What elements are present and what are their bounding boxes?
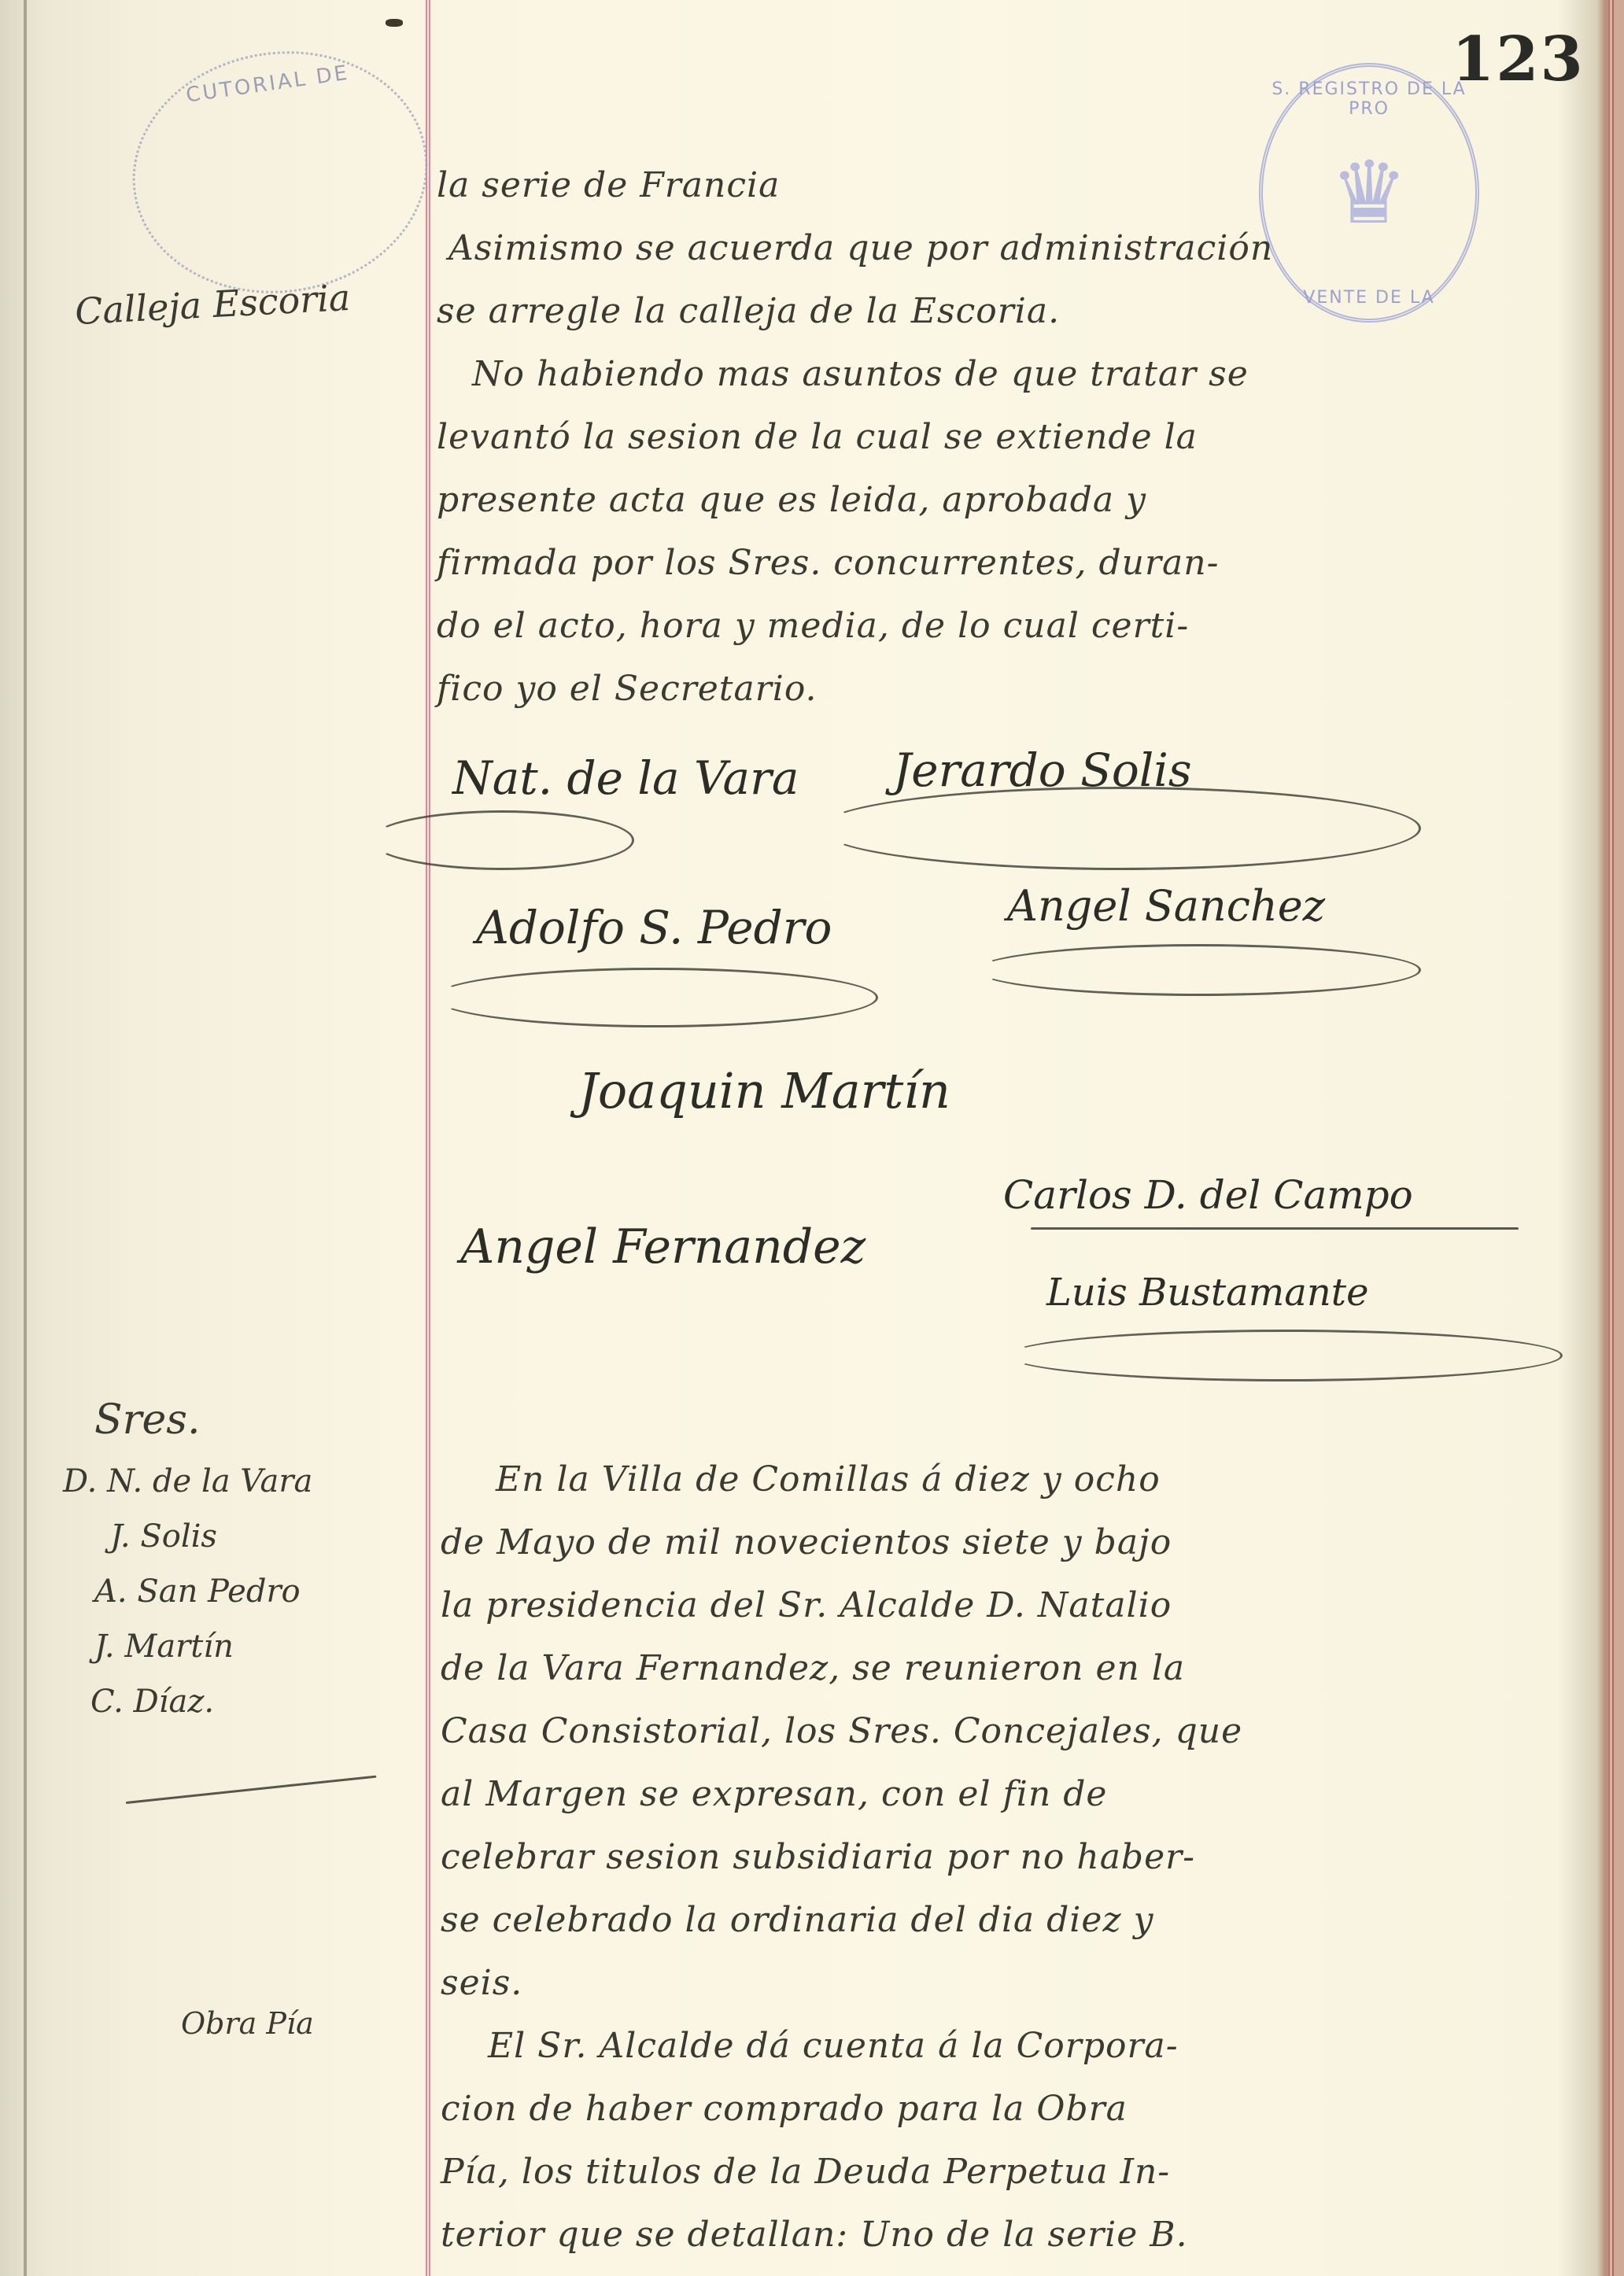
body-line: Pía, los titulos de la Deuda Perpetua In… bbox=[441, 2152, 1170, 2192]
body-line: la serie de Francia bbox=[437, 165, 780, 205]
margin-attendee: A. San Pedro bbox=[94, 1573, 301, 1610]
margin-attendee: J. Solis bbox=[110, 1518, 217, 1555]
body-line: presente acta que es leida, aprobada y bbox=[437, 480, 1146, 520]
body-line: de Mayo de mil novecientos siete y bajo bbox=[441, 1522, 1172, 1562]
body-line: se arregle la calleja de la Escoria. bbox=[437, 291, 1060, 331]
body-line: do el acto, hora y media, de lo cual cer… bbox=[437, 606, 1189, 646]
margin-attendees-header: Sres. bbox=[94, 1396, 200, 1444]
signature-martin: Joaquin Martín bbox=[578, 1062, 950, 1120]
body-line: En la Villa de Comillas á diez y ocho bbox=[496, 1459, 1161, 1500]
margin-note-obra-pia: Obra Pía bbox=[181, 2006, 314, 2041]
body-line: al Margen se expresan, con el fin de bbox=[441, 1774, 1107, 1814]
margin-rule-line bbox=[426, 0, 430, 2276]
signature-flourish bbox=[370, 810, 634, 870]
signature-fernandez: Angel Fernandez bbox=[460, 1219, 866, 1274]
municipal-stamp-left: CUTORIAL DE bbox=[117, 32, 444, 312]
body-line: terior que se detallan: Uno de la serie … bbox=[441, 2215, 1188, 2255]
body-line: cion de haber comprado para la Obra bbox=[441, 2089, 1128, 2129]
body-line: El Sr. Alcalde dá cuenta á la Corpora- bbox=[488, 2026, 1179, 2066]
margin-attendee: C. Díaz. bbox=[90, 1684, 214, 1720]
stamp-right-text-top: S. REGISTRO DE LA PRO bbox=[1263, 79, 1475, 119]
body-line: Asimismo se acuerda que por administraci… bbox=[448, 228, 1273, 268]
signature-san-pedro: Adolfo S. Pedro bbox=[476, 901, 832, 954]
body-line: se celebrado la ordinaria del dia diez y bbox=[441, 1900, 1153, 1940]
margin-attendee: D. N. de la Vara bbox=[63, 1463, 312, 1500]
page-edge bbox=[1608, 0, 1624, 2276]
body-line: levantó la sesion de la cual se extiende… bbox=[437, 417, 1198, 457]
signature-flourish bbox=[433, 968, 878, 1027]
body-line: Casa Consistorial, los Sres. Concejales,… bbox=[441, 1711, 1242, 1751]
body-line: de la Vara Fernandez, se reunieron en la bbox=[441, 1648, 1185, 1688]
royal-crest-icon: ♛ bbox=[1331, 149, 1408, 236]
ink-blot bbox=[386, 19, 403, 27]
margin-underline bbox=[126, 1776, 377, 1804]
body-line: celebrar sesion subsidiaria por no haber… bbox=[441, 1837, 1195, 1877]
binding-fold bbox=[24, 0, 27, 2276]
signature-bustamante: Luis Bustamante bbox=[1046, 1271, 1369, 1315]
body-line: seis. bbox=[441, 1963, 522, 2003]
signature-flourish bbox=[976, 944, 1421, 996]
body-line: No habiendo mas asuntos de que tratar se bbox=[472, 354, 1249, 394]
margin-attendee: J. Martín bbox=[94, 1629, 234, 1665]
body-line: la presidencia del Sr. Alcalde D. Natali… bbox=[441, 1585, 1172, 1625]
signature-vara: Nat. de la Vara bbox=[452, 751, 799, 805]
body-line: firmada por los Sres. concurrentes, dura… bbox=[437, 543, 1219, 583]
signature-underline bbox=[1031, 1227, 1519, 1230]
signature-flourish bbox=[1007, 1330, 1563, 1381]
signature-del-campo: Carlos D. del Campo bbox=[1003, 1172, 1413, 1218]
registry-stamp-right: S. REGISTRO DE LA PRO ♛ VENTE DE LA bbox=[1259, 63, 1479, 323]
stamp-left-text: CUTORIAL DE bbox=[122, 52, 414, 116]
body-line: fico yo el Secretario. bbox=[437, 669, 818, 709]
stamp-right-text-bottom: VENTE DE LA bbox=[1263, 288, 1475, 308]
signature-flourish bbox=[818, 787, 1421, 870]
margin-note-calleja: Calleja Escoria bbox=[74, 276, 352, 333]
ledger-page: 123 CUTORIAL DE S. REGISTRO DE LA PRO ♛ … bbox=[0, 0, 1624, 2276]
signature-sanchez: Angel Sanchez bbox=[1007, 881, 1325, 931]
